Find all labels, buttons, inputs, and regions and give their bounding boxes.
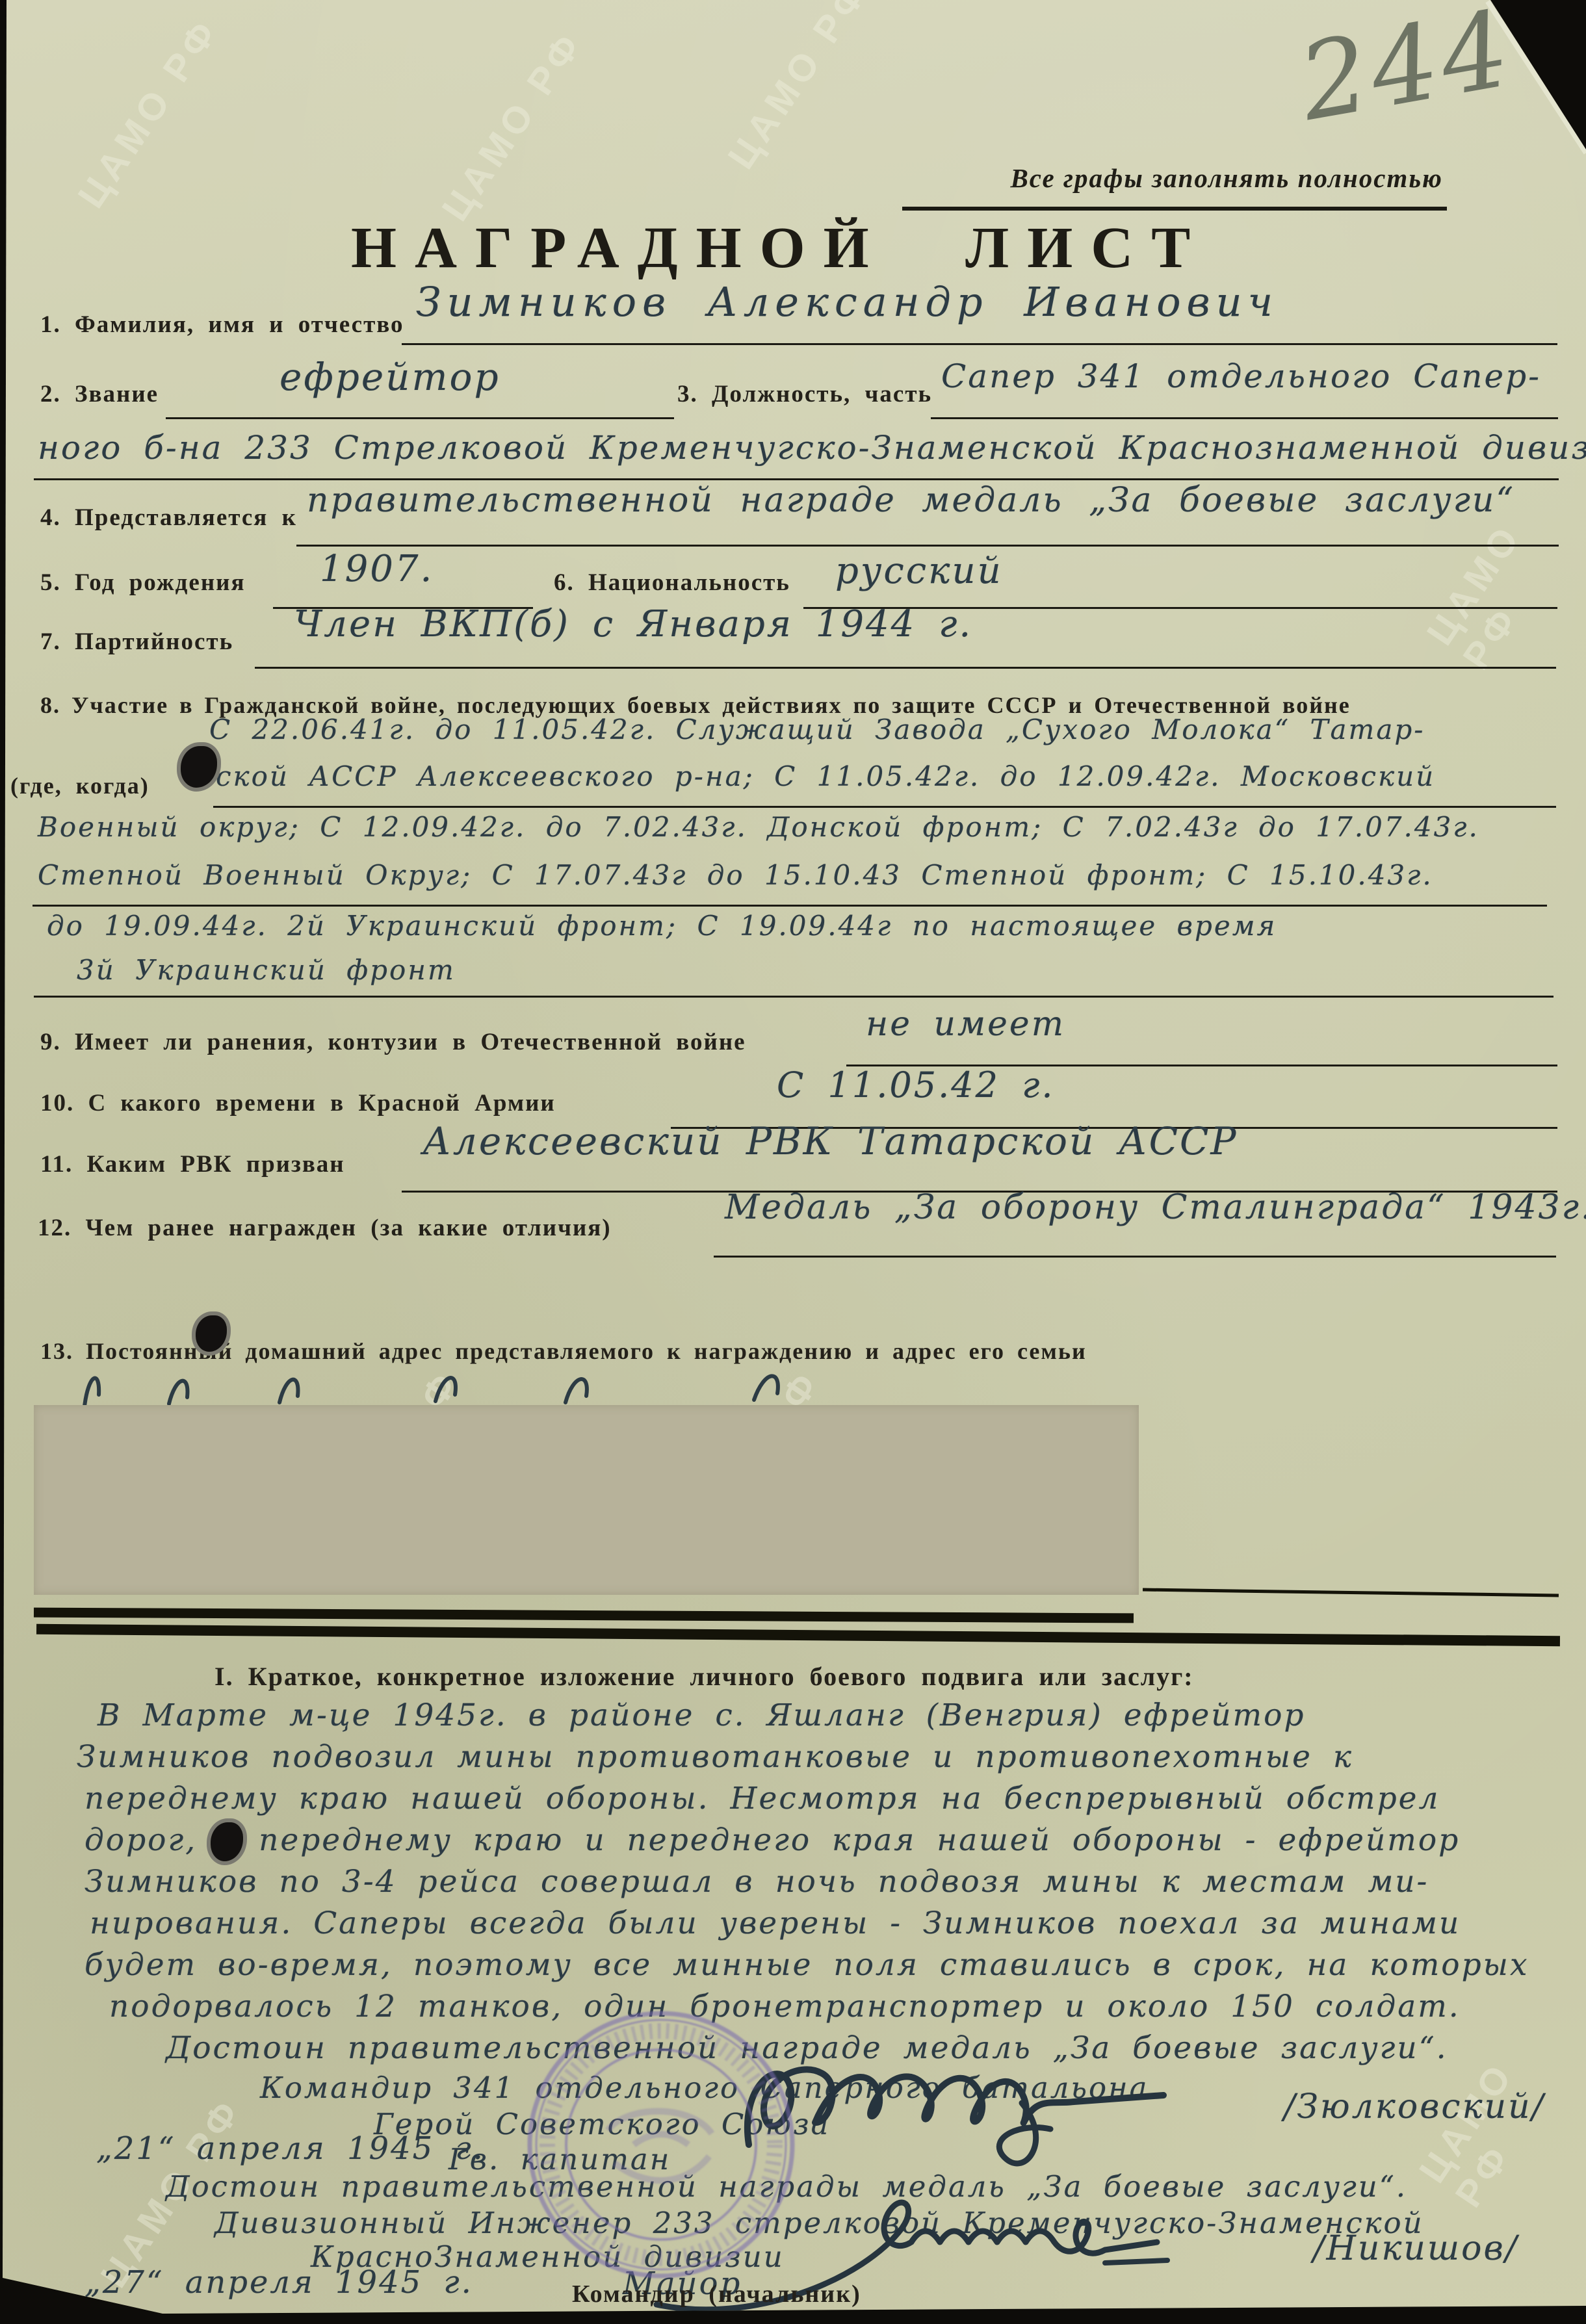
signature-zyulkovsky [734,2041,1215,2190]
note-underline [902,207,1447,211]
field-11-label: 11. Каким РВК призван [40,1150,345,1178]
ruled-line [213,806,1556,808]
field-8-line: 3й Украинский фронт [77,954,456,986]
feat-description-line: переднему краю нашей обороны. Несмотря н… [84,1781,1440,1816]
feat-description-line: Зимников подвозил мины противотанковые и… [77,1739,1353,1775]
section-1-header: I. Краткое, конкретное изложение личного… [214,1661,1194,1692]
field-11-value: Алексеевский РВК Татарской АССР [422,1119,1238,1163]
ruled-line [931,417,1558,419]
punch-hole [207,1818,247,1865]
field-2-label: 2. Звание [40,380,159,408]
field-9-label: 9. Имеет ли ранения, контузии в Отечеств… [40,1028,746,1056]
field-8-line: Военный округ; С 12.09.42г. до 7.02.43г.… [38,811,1479,843]
field-8-line: ской АССР Алексеевского р-на; С 11.05.42… [216,760,1435,792]
feat-description-line: нирования. Саперы всегда были уверены - … [90,1905,1461,1941]
field-5-value: 1907. [320,548,434,590]
field-6-value: русский [835,550,1003,592]
date-first-signature: „21“ апреля 1945 г. [96,2130,485,2167]
field-6-label: 6. Национальность [554,569,790,597]
approver-name: /Никишов/ [1313,2229,1518,2268]
section-divider-bar [36,1624,1560,1646]
ruled-line [34,996,1553,998]
field-8-line: до 19.09.44г. 2й Украинский фронт; С 19.… [47,910,1277,942]
field-3-label: 3. Должность, часть [677,380,932,408]
ruled-line [255,667,1556,669]
scanned-award-sheet: ЦАМО РФ ЦАМО РФ ЦАМО РФ ЦАМО РФ ЦАМО РФ … [0,0,1586,2324]
field-3-value: Сапер 341 отдельного Сапер- [941,357,1541,395]
punch-hole [177,742,221,792]
field-7-value: Член ВКП(б) с Января 1944 г. [294,603,972,645]
field-8-line: Степной Военный Округ; С 17.07.43г до 15… [38,859,1433,891]
ruled-line [32,905,1547,907]
field-5-label: 5. Год рождения [40,569,245,597]
field-7-label: 7. Партийность [40,628,233,656]
field-1-value: Зимников Александр Иванович [416,278,1279,326]
ruled-line [1143,1588,1559,1597]
feat-description-line: Зимников по 3-4 рейса совершал в ночь по… [84,1864,1429,1900]
paper-sheet: ЦАМО РФ ЦАМО РФ ЦАМО РФ ЦАМО РФ ЦАМО РФ … [0,0,1586,2324]
date-second-signature: „27“ апреля 1945 г. [84,2264,473,2301]
fill-all-fields-note: Все графы заполнять полностью [897,162,1443,194]
field-3-value-continued: ного б-на 233 Стрелковой Кременчугско-Зн… [38,429,1586,467]
archive-watermark: ЦАМО РФ [720,0,878,177]
field-10-label: 10. С какого времени в Красной Армии [40,1089,556,1117]
round-stamp [517,2000,806,2290]
field-4-label: 4. Представляется к [40,504,297,532]
field-4-value: правительственной награде медаль „За бое… [307,481,1515,520]
page-number-pencil: 244 [1291,0,1522,145]
ruled-line [714,1256,1556,1258]
field-12-value: Медаль „За оборону Сталинграда“ 1943г. [725,1188,1586,1227]
feat-description-line: В Марте м-це 1945г. в районе с. Яшланг (… [97,1698,1306,1733]
handwriting-fragment [71,1363,916,1410]
section-divider-bar [34,1608,1134,1623]
page-title: НАГРАДНОЙ ЛИСТ [351,214,1208,281]
feat-description-line: будет во-время, поэтому все минные поля … [84,1947,1529,1983]
archive-watermark: ЦАМО РФ [434,23,592,229]
field-9-value: не имеет [866,1005,1065,1044]
field-10-value: С 11.05.42 г. [777,1065,1055,1105]
field-12-label: 12. Чем ранее награжден (за какие отличи… [38,1214,612,1242]
archive-watermark: ЦАМО РФ [70,10,228,216]
ruled-line [296,545,1559,547]
ruled-line [166,417,674,419]
ruled-line [402,343,1557,345]
feat-description-line: дорог, к переднему краю и переднего края… [84,1822,1460,1858]
field-2-value: ефрейтор [279,355,500,399]
redacted-address-block [34,1405,1139,1595]
field-1-label: 1. Фамилия, имя и отчество [40,311,404,339]
field-8-line: С 22.06.41г. до 11.05.42г. Служащий Заво… [209,714,1425,745]
field-8-sublabel: (где, когда) [10,772,149,799]
ruled-line [34,478,1559,480]
commander-name: /Зюлковский/ [1284,2087,1545,2126]
